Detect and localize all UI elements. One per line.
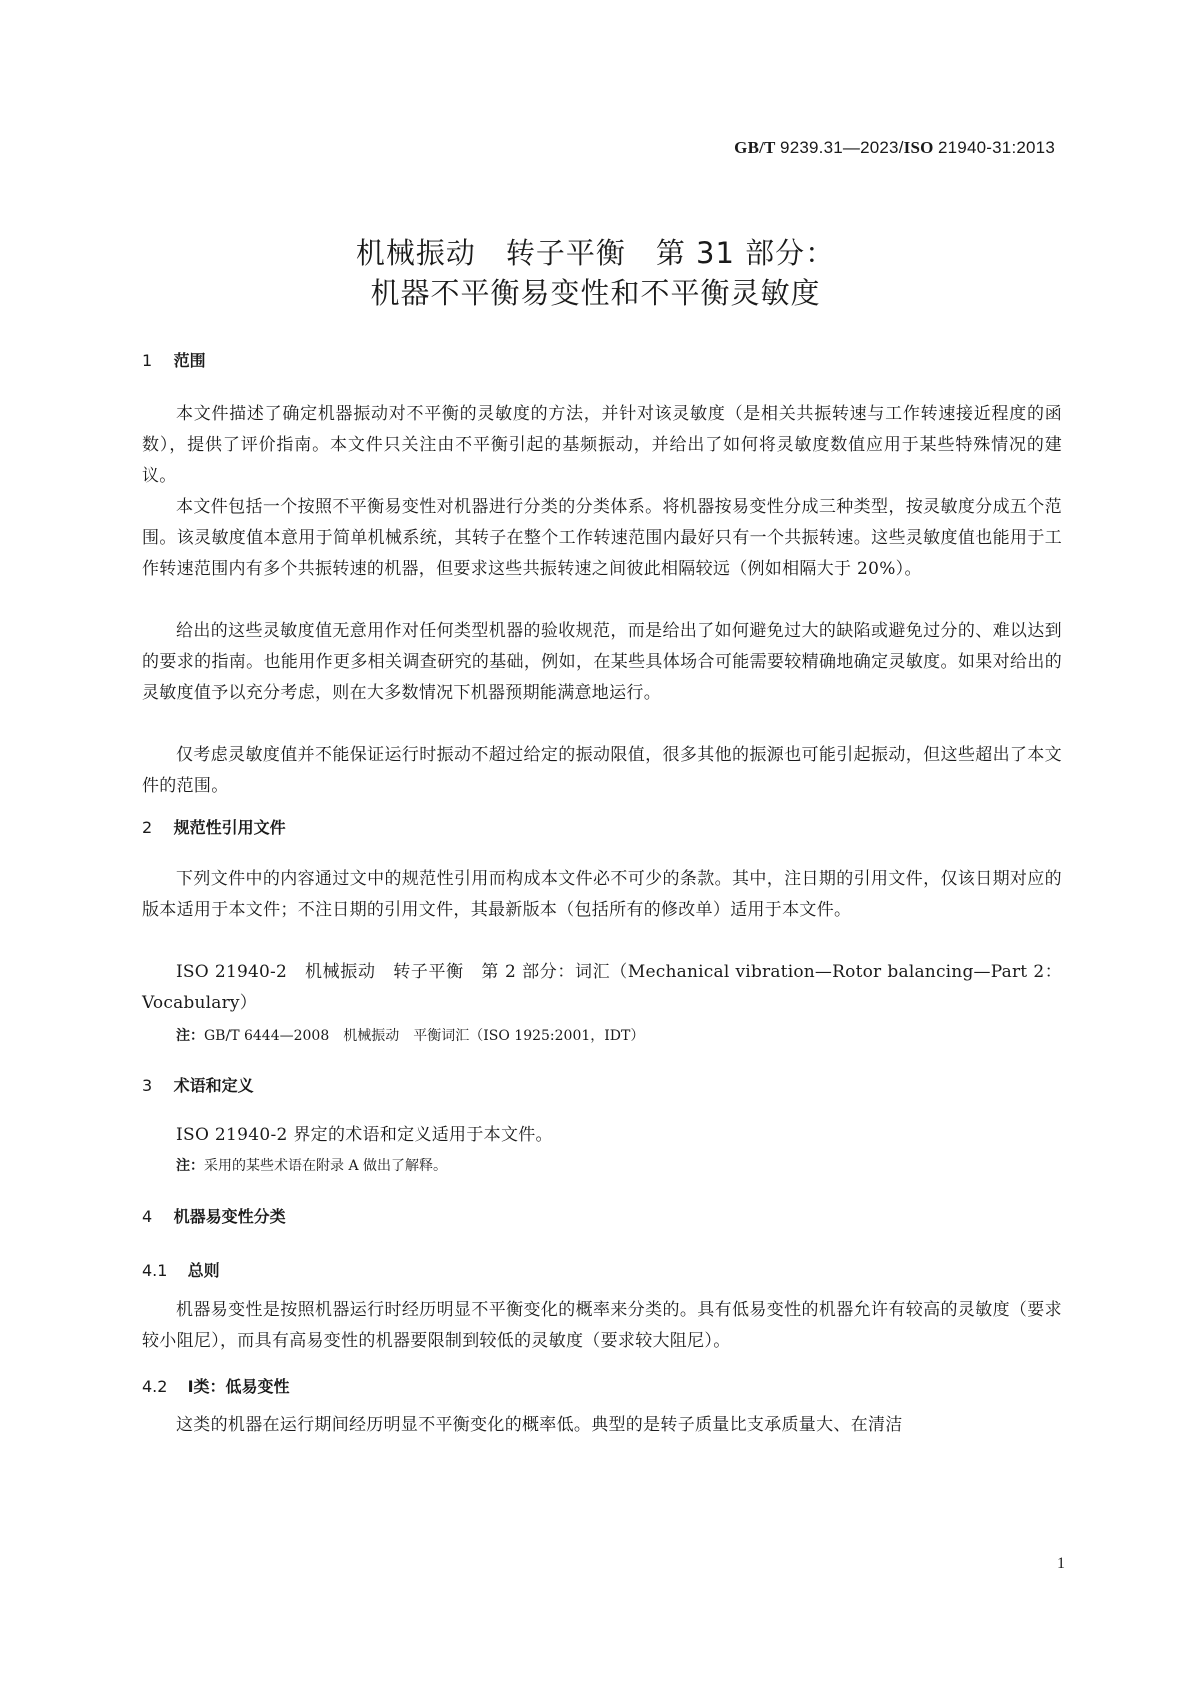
iso-number: 21940-31:2013	[938, 138, 1055, 157]
note-text: GB/T 6444—2008 机械振动 平衡词汇（ISO 1925:2001，I…	[204, 1028, 644, 1044]
section-title: 总则	[188, 1261, 220, 1280]
note-label: 注：	[176, 1028, 204, 1044]
section-3-heading: 3 术语和定义	[142, 1073, 254, 1096]
standard-number-header: GB/T 9239.31—2023/ISO 21940-31:2013	[734, 138, 1055, 158]
section-title: Ⅰ类：低易变性	[188, 1377, 290, 1396]
section-2-heading: 2 规范性引用文件	[142, 815, 286, 838]
section-2-note: 注：GB/T 6444—2008 机械振动 平衡词汇（ISO 1925:2001…	[176, 1025, 644, 1045]
section-number: 4.1	[142, 1261, 182, 1280]
note-label: 注：	[176, 1158, 204, 1174]
note-text: 采用的某些术语在附录 A 做出了解释。	[204, 1158, 447, 1174]
section-title: 范围	[174, 351, 206, 370]
section-title: 机器易变性分类	[174, 1207, 286, 1226]
section-1-paragraph-3: 给出的这些灵敏度值无意用作对任何类型机器的验收规范，而是给出了如何避免过大的缺陷…	[142, 616, 1062, 709]
section-4-2-paragraph: 这类的机器在运行期间经历明显不平衡变化的概率低。典型的是转子质量比支承质量大、在…	[142, 1410, 1062, 1441]
page-number: 1	[1057, 1555, 1065, 1573]
section-1-paragraph-2: 本文件包括一个按照不平衡易变性对机器进行分类的分类体系。将机器按易变性分成三种类…	[142, 492, 1062, 585]
section-1-paragraph-4: 仅考虑灵敏度值并不能保证运行时振动不超过给定的振动限值，很多其他的振源也可能引起…	[142, 740, 1062, 802]
section-number: 4	[142, 1207, 168, 1226]
iso-prefix: ISO	[904, 138, 934, 157]
section-1-heading: 1 范围	[142, 348, 206, 371]
section-4-heading: 4 机器易变性分类	[142, 1204, 286, 1227]
section-title: 术语和定义	[174, 1076, 254, 1095]
section-3-note: 注：采用的某些术语在附录 A 做出了解释。	[176, 1155, 447, 1175]
document-title: 机械振动 转子平衡 第 31 部分： 机器不平衡易变性和不平衡灵敏度	[0, 233, 1191, 313]
section-title: 规范性引用文件	[174, 818, 286, 837]
section-number: 4.2	[142, 1377, 182, 1396]
section-1-paragraph-1: 本文件描述了确定机器振动对不平衡的灵敏度的方法，并针对该灵敏度（是相关共振转速与…	[142, 399, 1062, 492]
title-line-2: 机器不平衡易变性和不平衡灵敏度	[0, 273, 1191, 313]
section-number: 3	[142, 1076, 168, 1095]
title-line-1: 机械振动 转子平衡 第 31 部分：	[0, 233, 1191, 273]
section-4-1-heading: 4.1 总则	[142, 1258, 220, 1281]
std-number: 9239.31—2023/	[780, 138, 904, 157]
section-2-paragraph: 下列文件中的内容通过文中的规范性引用而构成本文件必不可少的条款。其中，注日期的引…	[142, 864, 1062, 926]
section-number: 1	[142, 351, 168, 370]
std-prefix: GB/T	[734, 138, 775, 157]
section-4-2-heading: 4.2 Ⅰ类：低易变性	[142, 1374, 290, 1397]
section-3-paragraph: ISO 21940-2 界定的术语和定义适用于本文件。	[142, 1120, 1062, 1151]
normative-reference-item: ISO 21940-2 机械振动 转子平衡 第 2 部分：词汇（Mechanic…	[142, 957, 1062, 1019]
document-page: GB/T 9239.31—2023/ISO 21940-31:2013 机械振动…	[0, 0, 1191, 1684]
section-number: 2	[142, 818, 168, 837]
section-4-1-paragraph: 机器易变性是按照机器运行时经历明显不平衡变化的概率来分类的。具有低易变性的机器允…	[142, 1295, 1062, 1357]
